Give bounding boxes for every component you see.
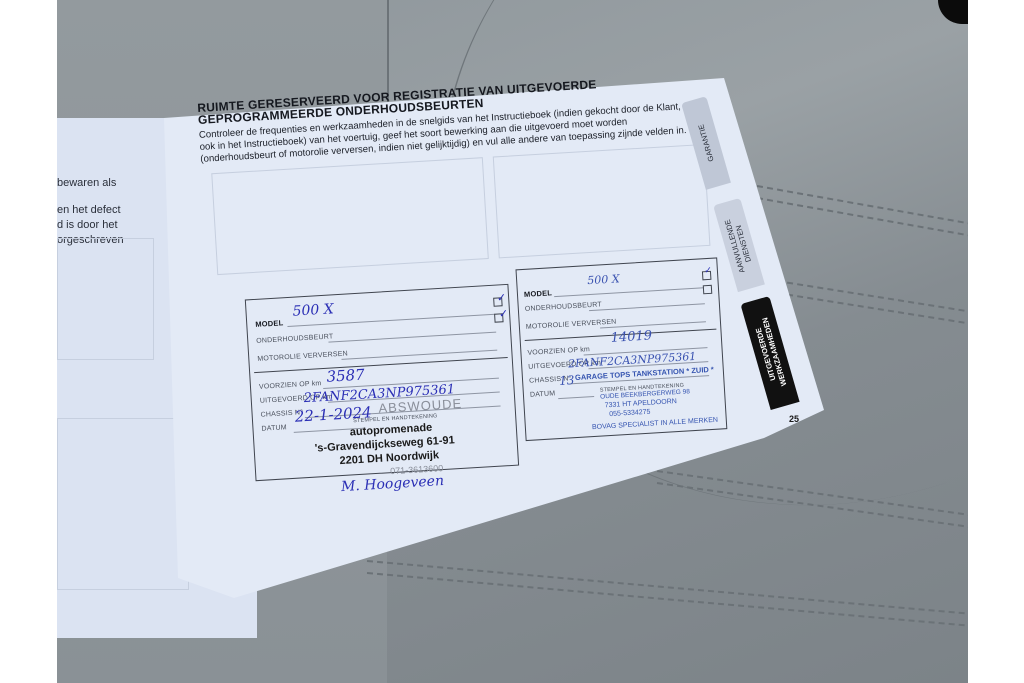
- service-record-2: MODEL 500 X ✓ ONDERHOUDSBEURT MOTOROLIE …: [515, 257, 727, 441]
- faded-empty-form: [493, 144, 711, 258]
- oil-label: MOTOROLIE VERVERSEN: [257, 351, 348, 363]
- model-label: MODEL: [255, 318, 284, 329]
- photo-background: bewaren als en het defect d is door het …: [57, 0, 968, 683]
- service-booklet: bewaren als en het defect d is door het …: [57, 78, 857, 658]
- faded-box: [57, 418, 189, 590]
- date-label: DATUM: [530, 390, 556, 398]
- date-value: 13: [559, 373, 575, 388]
- planned-km-value: 3587: [326, 366, 365, 386]
- faded-empty-form: [211, 157, 489, 275]
- stamp-line: 055-5334275: [609, 409, 651, 418]
- stamp-tagline: BOVAG SPECIALIST IN ALLE MERKEN: [592, 417, 718, 431]
- stamp-line: 7331 HT APELDOORN: [605, 398, 678, 409]
- model-value: 500 X: [587, 272, 620, 287]
- planned-km-label: VOORZIEN OP km: [259, 380, 322, 391]
- planned-km-value: 14019: [610, 328, 652, 345]
- check-mark-icon: ✓: [498, 307, 508, 321]
- check-mark-icon: ✓: [497, 291, 507, 305]
- model-value: 500 X: [292, 301, 334, 319]
- model-label: MODEL: [524, 288, 553, 299]
- service-record-1: MODEL 500 X ✓ ONDERHOUDSBEURT ✓ MOTOROLI…: [245, 284, 519, 481]
- oil-label: MOTOROLIE VERVERSEN: [526, 319, 617, 331]
- left-page-line: en het defect: [57, 203, 124, 218]
- left-page-line: d is door het: [57, 218, 124, 233]
- service-label: ONDERHOUDSBEURT: [525, 301, 602, 313]
- check-mark-icon: ✓: [704, 266, 712, 276]
- faded-box: [57, 238, 154, 360]
- oil-checkbox[interactable]: [703, 285, 713, 295]
- planned-km-label: VOORZIEN OP km: [527, 346, 590, 357]
- left-page-line: bewaren als: [57, 176, 124, 191]
- page-number: 25: [789, 414, 799, 424]
- service-label: ONDERHOUDSBEURT: [256, 333, 333, 345]
- date-label: DATUM: [261, 424, 287, 432]
